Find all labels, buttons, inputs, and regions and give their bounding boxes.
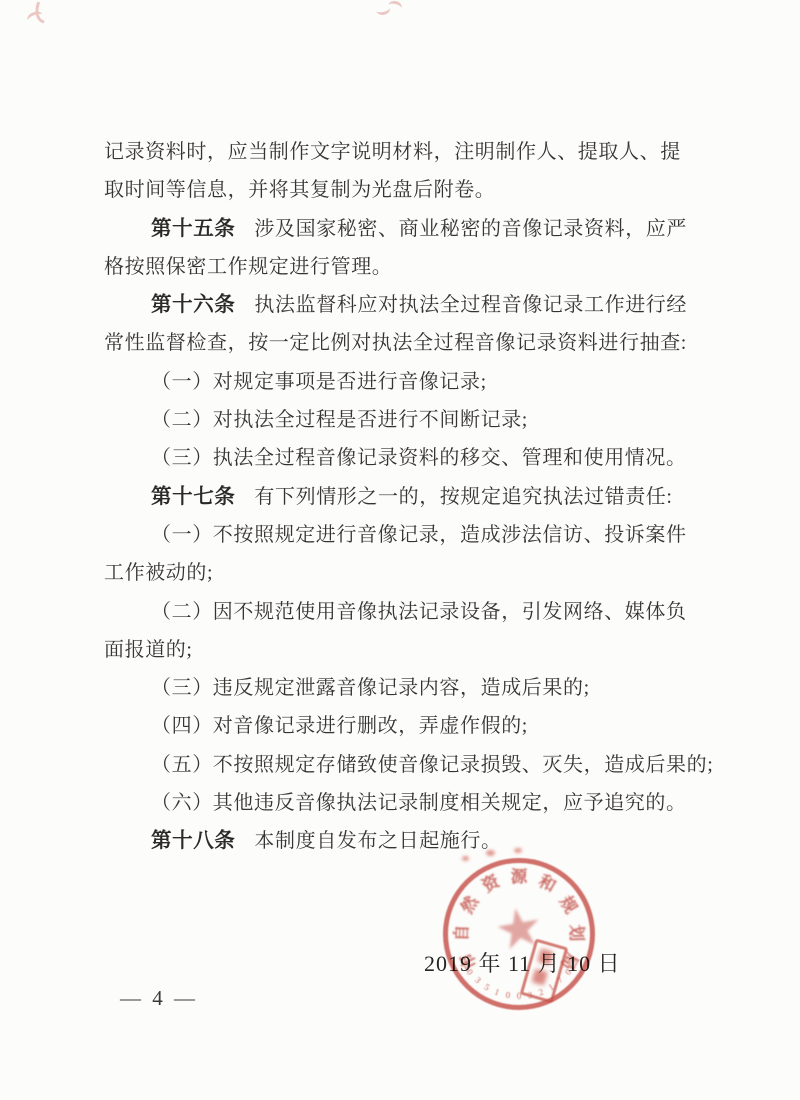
text-line: 面报道的; — [104, 631, 724, 669]
text-line: （五）不按照规定存储致使音像记录损毁、灭失，造成后果的; — [104, 746, 724, 784]
seal-arc-char: 源 — [510, 868, 528, 886]
seal-arc-char: 自 — [453, 923, 471, 941]
text-line: 记录资料时，应当制作文字说明材料，注明制作人、提取人、提 — [104, 133, 724, 171]
article-number: 第十五条 — [151, 217, 235, 240]
article-line: 第十八条本制度自发布之日起施行。 — [104, 822, 724, 860]
text-line: （六）其他违反音像执法记录制度相关规定，应予追究的。 — [104, 784, 724, 822]
text-line: （三）违反规定泄露音像记录内容，造成后果的; — [104, 669, 724, 707]
seal-box-smudge — [537, 948, 553, 965]
document-body: 记录资料时，应当制作文字说明材料，注明制作人、提取人、提取时间等信息，并将其复制… — [104, 133, 724, 861]
line-text: 工作被动的; — [104, 562, 213, 584]
red-ink-smudge-icon — [376, 0, 404, 16]
text-line: （一）对规定事项是否进行音像记录; — [104, 363, 724, 401]
line-text: 面报道的; — [104, 639, 193, 661]
official-seal: ★ 市自然资源和规划局 03510032170 — [443, 858, 595, 1010]
text-line: 格按照保密工作规定进行管理。 — [104, 248, 724, 286]
text-line: 取时间等信息，并将其复制为光盘后附卷。 — [104, 171, 724, 209]
scanned-document-page: 记录资料时，应当制作文字说明材料，注明制作人、提取人、提取时间等信息，并将其复制… — [0, 0, 800, 1100]
line-text: （一）不按照规定进行音像记录，造成涉法信访、投诉案件 — [151, 524, 687, 546]
line-text: （一）对规定事项是否进行音像记录; — [151, 371, 487, 393]
red-ink-dot-icon — [514, 848, 522, 853]
seal-box-smudge — [531, 969, 547, 986]
seal-arc-char: 划 — [567, 923, 585, 941]
line-text: 执法监督科应对执法全过程音像记录工作进行经 — [254, 294, 687, 316]
text-line: （二）对执法全过程是否进行不间断记录; — [104, 401, 724, 439]
line-text: （三）违反规定泄露音像记录内容，造成后果的; — [151, 677, 590, 699]
article-number: 第十八条 — [151, 829, 235, 852]
seal-serial-digit: 0 — [503, 989, 513, 1000]
line-text: （六）其他违反音像执法记录制度相关规定，应予追究的。 — [151, 792, 687, 814]
line-text: （五）不按照规定存储致使音像记录损毁、灭失，造成后果的; — [151, 754, 713, 776]
text-line: （四）对音像记录进行删改，弄虚作假的; — [104, 707, 724, 745]
line-text: 取时间等信息，并将其复制为光盘后附卷。 — [104, 179, 495, 201]
article-line: 第十五条涉及国家秘密、商业秘密的音像记录资料，应严 — [104, 210, 724, 248]
red-ink-smudge-icon — [25, 3, 47, 25]
text-line: （一）不按照规定进行音像记录，造成涉法信访、投诉案件 — [104, 516, 724, 554]
red-ink-dot-icon — [486, 850, 495, 856]
text-line: （三）执法全过程音像记录资料的移交、管理和使用情况。 — [104, 439, 724, 477]
article-line: 第十七条有下列情形之一的，按规定追究执法过错责任: — [104, 478, 724, 516]
line-text: 涉及国家秘密、商业秘密的音像记录资料，应严 — [254, 218, 687, 240]
page-number: — 4 — — [120, 986, 198, 1011]
line-text: 格按照保密工作规定进行管理。 — [104, 256, 392, 278]
article-line: 第十六条执法监督科应对执法全过程音像记录工作进行经 — [104, 286, 724, 324]
text-line: 工作被动的; — [104, 554, 724, 592]
line-text: （三）执法全过程音像记录资料的移交、管理和使用情况。 — [151, 447, 687, 469]
text-line: （二）因不规范使用音像执法记录设备，引发网络、媒体负 — [104, 593, 724, 631]
article-number: 第十七条 — [151, 485, 235, 508]
line-text: 常性监督检查，按一定比例对执法全过程音像记录资料进行抽查: — [104, 332, 687, 354]
line-text: 有下列情形之一的，按规定追究执法过错责任: — [254, 486, 672, 508]
article-number: 第十六条 — [151, 293, 235, 316]
line-text: （四）对音像记录进行删改，弄虚作假的; — [151, 715, 528, 737]
line-text: 记录资料时，应当制作文字说明材料，注明制作人、提取人、提 — [104, 141, 681, 163]
line-text: （二）因不规范使用音像执法记录设备，引发网络、媒体负 — [151, 601, 687, 623]
line-text: 本制度自发布之日起施行。 — [254, 830, 501, 852]
text-line: 常性监督检查，按一定比例对执法全过程音像记录资料进行抽查: — [104, 324, 724, 362]
line-text: （二）对执法全过程是否进行不间断记录; — [151, 409, 528, 431]
